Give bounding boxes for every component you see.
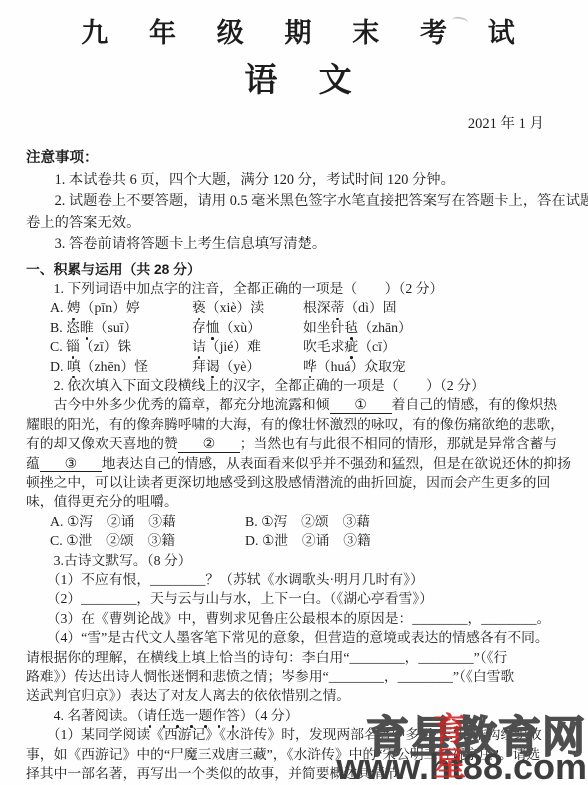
text-line: 请根据你的理解，在横线上填上恰当的诗句：李白用“________，_______… <box>26 648 570 667</box>
text-line: 3. 答卷前请将答题卡上考生信息填写清楚。 <box>26 234 570 256</box>
notice-heading: 注意事项： <box>26 148 570 170</box>
option-row: C. ①泄 ②颂 ③籍D. ①泄 ②诵 ③籍 <box>50 531 570 550</box>
option-cell: 如坐针毡（zhān） <box>303 318 412 337</box>
option-cell: 吹毛求疵（cī） <box>303 337 396 356</box>
text-line: （4）“雪”是古代文人墨客笔下常见的意象，但营造的意境或表达的情感各有不同。 <box>26 628 570 647</box>
text-line: （3）在《曹刿论战》中，曹刿求见鲁庄公最根本的原因是：________，____… <box>26 609 570 628</box>
option-cell: A. ①泻 ②诵 ③藉 <box>50 512 245 531</box>
option-cell: 哗（huá）众取宠 <box>303 357 406 376</box>
option-cell: B. ①泻 ②颂 ③藉 <box>245 512 370 531</box>
section-1-heading: 一、积累与运用（共 28 分） <box>26 260 570 279</box>
option-row: A. 娉（pīn）婷亵（xiè）渎根深蒂（dì）固 <box>50 298 570 317</box>
text-line: 送武判官归京》）表达了对友人离去的依依惜别之情。 <box>26 686 570 705</box>
exam-title: 九 年 级 期 末 考 试 <box>43 16 570 50</box>
section-1: 一、积累与运用（共 28 分） 1. 下列词语中加点字的注音，全都正确的一项是（… <box>26 260 570 784</box>
q3-stem: 3.古诗文默写。（8 分） <box>26 551 570 570</box>
q4-stem: 4. 名著阅读。（请任选一题作答）（4 分） <box>26 706 570 725</box>
q1-stem: 1. 下列词语中加点字的注音，全都正确的一项是（ ）（2 分） <box>26 279 570 298</box>
q1-options: A. 娉（pīn）婷亵（xiè）渎根深蒂（dì）固B. 恣睢（suī）存恤（xù… <box>26 298 570 376</box>
text-line: 蕴③地表达自己的情感，从表面看来似乎并不强劲和猛烈，但是在欲说还休的抑扬 <box>26 454 570 473</box>
option-cell: D. 嗔（zhēn）怪 <box>50 357 192 376</box>
text-line: 顿挫之中，可以让读者更深切地感受到这股感情潜流的曲折回旋，因而会产生更多的回 <box>26 473 570 492</box>
option-row: D. 嗔（zhēn）怪拜谒（yè）哗（huá）众取宠 <box>50 357 570 376</box>
option-cell: A. 娉（pīn）婷 <box>50 298 192 317</box>
q2-passage: 古今中外多少优秀的篇章，都充分地流露和倾①着自己的情感，有的像炽热耀眼的阳光，有… <box>26 395 570 511</box>
subject-title: 语 文 <box>26 60 570 100</box>
option-cell: 亵（xiè）渎 <box>192 298 303 317</box>
text-line: 卷上的答案无效。 <box>26 213 570 235</box>
option-cell: 存恤（xù） <box>192 318 303 337</box>
text-line: （1）某同学阅读《西游记》《水浒传》时，发现两部名著中多用“三”的结构组织故 <box>26 725 570 744</box>
exam-date: 2021 年 1 月 <box>26 114 544 134</box>
option-cell: 诘（jié）难 <box>192 337 303 356</box>
option-row: C. 锱（zī）铢诘（jié）难吹毛求疵（cī） <box>50 337 570 356</box>
notice-section: 注意事项： 1. 本试卷共 6 页，四个大题，满分 120 分，考试时间 120… <box>26 148 570 256</box>
option-cell: D. ①泄 ②诵 ③籍 <box>245 531 371 550</box>
q2-stem: 2. 依次填入下面文段横线上的汉字，全都正确的一项是（ ）（2 分） <box>26 376 570 395</box>
text-line: 耀眼的阳光，有的像奔腾呼啸的大海，有的像壮怀激烈的咏叹，有的像伤痛欲绝的悲歌， <box>26 415 570 434</box>
option-cell: C. 锱（zī）铢 <box>50 337 192 356</box>
notice-lines: 1. 本试卷共 6 页，四个大题，满分 120 分，考试时间 120 分钟。 2… <box>26 170 570 256</box>
option-row: A. ①泻 ②诵 ③藉B. ①泻 ②颂 ③藉 <box>50 512 570 531</box>
text-line: 路难》）传达出诗人惆怅迷惘和悲愤之情；岑参用“________，________… <box>26 667 570 686</box>
option-cell: B. 恣睢（suī） <box>50 318 192 337</box>
exam-page: 九 年 级 期 末 考 试 语 文 2021 年 1 月 注意事项： 1. 本试… <box>0 0 588 785</box>
option-row: B. 恣睢（suī）存恤（xù）如坐针毡（zhān） <box>50 318 570 337</box>
option-cell: 根深蒂（dì）固 <box>303 298 397 317</box>
q2-options: A. ①泻 ②诵 ③藉B. ①泻 ②颂 ③藉C. ①泄 ②颂 ③籍D. ①泄 ②… <box>26 512 570 551</box>
text-line: （1）不应有恨，________？（苏轼《水调歌头·明月几时有》） <box>26 570 570 589</box>
text-line: 古今中外多少优秀的篇章，都充分地流露和倾①着自己的情感，有的像炽热 <box>26 395 570 414</box>
text-line: 1. 本试卷共 6 页，四个大题，满分 120 分，考试时间 120 分钟。 <box>26 170 570 192</box>
option-cell: 拜谒（yè） <box>192 357 303 376</box>
q3-lines: （1）不应有恨，________？（苏轼《水调歌头·明月几时有》） （2）___… <box>26 570 570 706</box>
text-line: 事，如《西游记》中的“尸魔三戏唐三藏”，《水浒传》中的“宋公明三打祝家庄”。请选 <box>26 745 570 764</box>
text-line: 2. 试题卷上不要答题，请用 0.5 毫米黑色签字水笔直接把答案写在答题卡上，答… <box>26 191 570 213</box>
text-line: （2）________，天与云与山与水，上下一白。（《湖心亭看雪》） <box>26 589 570 608</box>
text-line: 味，值得更充分的咀嚼。 <box>26 492 570 511</box>
q4-lines: （1）某同学阅读《西游记》《水浒传》时，发现两部名著中多用“三”的结构组织故事，… <box>26 725 570 783</box>
option-cell: C. ①泄 ②颂 ③籍 <box>50 531 245 550</box>
text-line: 有的却又像欢天喜地的赞②；当然也有与此很不相同的情形，那就是异常含蓄与 <box>26 434 570 453</box>
text-line: 择其中一部名著，再写出一个类似的故事，并简要概述其情节。 <box>26 764 570 783</box>
